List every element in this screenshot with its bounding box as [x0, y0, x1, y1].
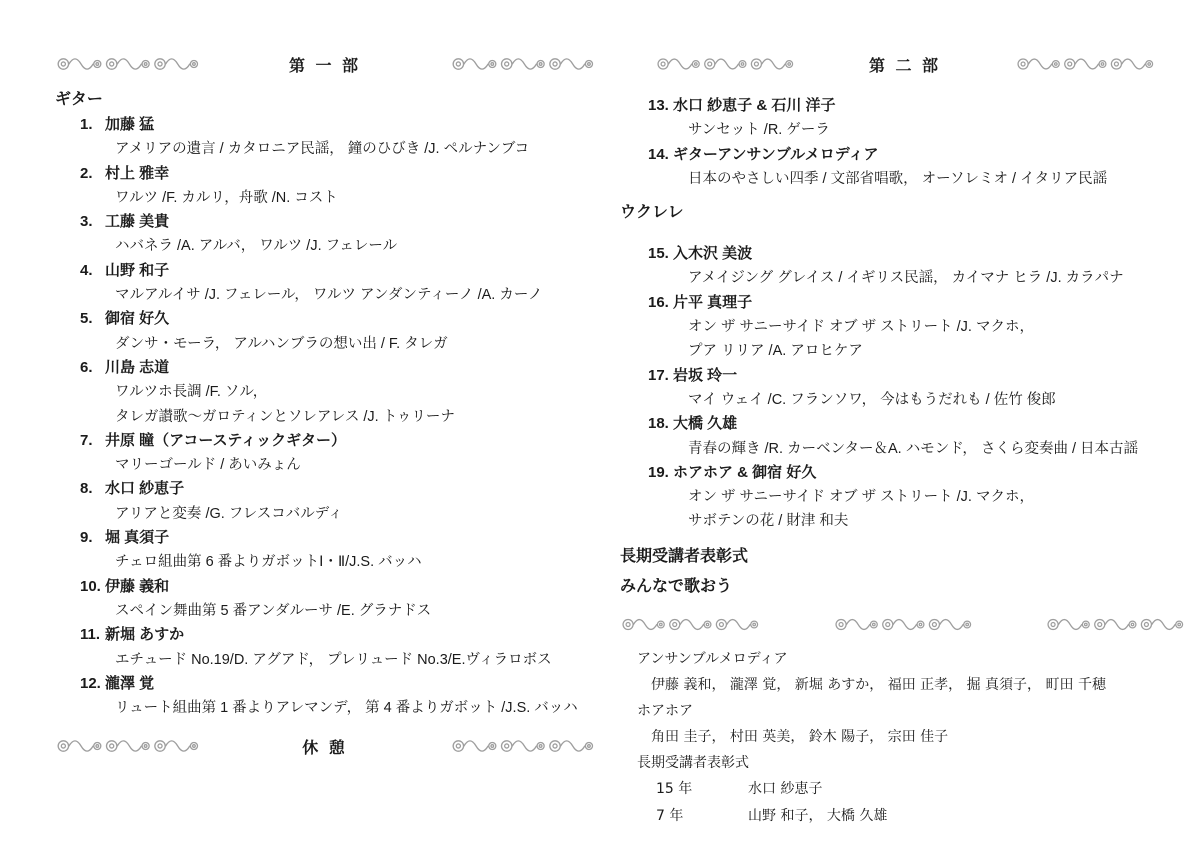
performance-item: 18.大橋 久雄青春の輝き /R. カーベンター＆A. ハモンド， さくら変奏曲… — [620, 412, 1185, 461]
performer-name: 井原 瞳（アコースティックギター） — [105, 432, 346, 449]
performer-name: 堀 真須子 — [105, 529, 169, 546]
award-row: 15 年水口 紗恵子 — [620, 776, 1185, 803]
performance-number: 3. — [80, 210, 105, 234]
song-line: タレガ讃歌～ガロティンとソレアレス /J. トゥリーナ — [55, 405, 595, 429]
section-heading-guitar: ギター — [55, 87, 595, 113]
performance-item: 10.伊藤 義和スペイン舞曲第 5 番アンダルーサ /E. グラナドス — [55, 575, 595, 624]
performance-number: 5. — [80, 307, 105, 331]
section-heading-ukulele: ウクレレ — [620, 200, 1185, 226]
performer-name: 山野 和子 — [105, 262, 169, 279]
performer-name-row: 8.水口 紗恵子 — [55, 477, 595, 501]
ensemble-members: 伊藤 義和， 瀧澤 覚， 新堀 あすか， 福田 正孝， 掘 真須子， 町田 千穂 — [620, 672, 1185, 698]
ensemble-name: アンサンブルメロディア — [620, 646, 1185, 672]
song-line: オン ザ サニーサイド オブ ザ ストリート /J. マクホ， — [620, 315, 1185, 339]
song-line: ダンサ・モーラ， アルハンブラの想い出 / F. タレガ — [55, 332, 595, 356]
intermission-title: 休 憩 — [298, 735, 351, 758]
finale-section: アンサンブルメロディア伊藤 義和， 瀧澤 覚， 新堀 あすか， 福田 正孝， 掘… — [620, 646, 1185, 830]
performance-number: 15. — [648, 242, 673, 266]
performance-number: 11. — [80, 623, 105, 647]
performer-name-row: 5.御宿 好久 — [55, 307, 595, 331]
performer-name-row: 15.入木沢 美波 — [620, 242, 1185, 266]
award-list-heading: 長期受講者表彰式 — [620, 750, 1185, 776]
song-line: エチュード No.19/D. アグアド， プレリュード No.3/E.ヴィラロボ… — [55, 648, 595, 672]
ensemble-member-list: アンサンブルメロディア伊藤 義和， 瀧澤 覚， 新堀 あすか， 福田 正孝， 掘… — [620, 646, 1185, 750]
performance-item: 6.川島 志道ワルツホ長調 /F. ソル，タレガ讃歌～ガロティンとソレアレス /… — [55, 356, 595, 429]
performance-item: 7.井原 瞳（アコースティックギター）マリーゴールド / あいみょん — [55, 429, 595, 478]
performance-number: 2. — [80, 162, 105, 186]
song-line: アメイジング グレイス / イギリス民謡， カイマナ ヒラ /J. カラパナ — [620, 266, 1185, 290]
ensemble-name: ホアホア — [620, 698, 1185, 724]
performer-name-row: 11.新堀 あすか — [55, 623, 595, 647]
performance-item: 19.ホアホア & 御宿 好久オン ザ サニーサイド オブ ザ ストリート /J… — [620, 461, 1185, 534]
song-line: マリーゴールド / あいみょん — [55, 453, 595, 477]
song-line: サンセット /R. ゲーラ — [620, 118, 1185, 142]
performer-name: 岩坂 玲一 — [673, 367, 737, 384]
scroll-ornament-icon — [55, 55, 200, 73]
performance-number: 8. — [80, 477, 105, 501]
scroll-ornament-icon — [450, 737, 595, 755]
performer-name-row: 14.ギターアンサンブルメロディア — [620, 143, 1185, 167]
performance-number: 19. — [648, 461, 673, 485]
performer-name: 水口 紗恵子 — [105, 480, 184, 497]
scroll-ornament-icon — [1045, 616, 1185, 633]
part2-title: 第 二 部 — [865, 53, 945, 76]
performance-number: 9. — [80, 526, 105, 550]
performer-name: 工藤 美貴 — [105, 213, 169, 230]
performer-name-row: 2.村上 雅幸 — [55, 162, 595, 186]
performance-number: 10. — [80, 575, 105, 599]
performer-name: 御宿 好久 — [105, 310, 169, 327]
song-line: 日本のやさしい四季 / 文部省唱歌， オーソレミオ / イタリア民謡 — [620, 167, 1185, 191]
song-line: スペイン舞曲第 5 番アンダルーサ /E. グラナドス — [55, 599, 595, 623]
performer-name-row: 7.井原 瞳（アコースティックギター） — [55, 429, 595, 453]
performer-name: 瀧澤 覚 — [105, 675, 154, 692]
performer-name: 新堀 あすか — [105, 626, 184, 643]
award-names: 山野 和子， 大橋 久雄 — [748, 803, 887, 830]
part2-ukulele-list: 15.入木沢 美波アメイジング グレイス / イギリス民謡， カイマナ ヒラ /… — [620, 242, 1185, 534]
part2-guitar-list: 13.水口 紗恵子 & 石川 洋子サンセット /R. ゲーラ14.ギターアンサン… — [620, 94, 1185, 191]
intermission-row: 休 憩 — [55, 732, 595, 760]
performer-name: 片平 真理子 — [673, 294, 752, 311]
performance-number: 4. — [80, 259, 105, 283]
performance-number: 7. — [80, 429, 105, 453]
performance-item: 3.工藤 美貴ハバネラ /A. アルバ， ワルツ /J. フェレール — [55, 210, 595, 259]
song-line: マルアルイサ /J. フェレール， ワルツ アンダンティーノ /A. カーノ — [55, 283, 595, 307]
award-ceremony-heading: 長期受講者表彰式 — [620, 542, 1185, 572]
part1-column: 第 一 部 ギター 1.加藤 猛アメリアの遺言 / カタロニア民謡， 鐘のひびき… — [55, 50, 595, 760]
part1-title: 第 一 部 — [285, 53, 365, 76]
song-line: アメリアの遺言 / カタロニア民謡， 鐘のひびき /J. ペルナンブコ — [55, 137, 595, 161]
performance-item: 15.入木沢 美波アメイジング グレイス / イギリス民謡， カイマナ ヒラ /… — [620, 242, 1185, 291]
performer-name-row: 12.瀧澤 覚 — [55, 672, 595, 696]
scroll-ornament-icon — [620, 616, 760, 633]
performer-name-row: 18.大橋 久雄 — [620, 412, 1185, 436]
performance-item: 8.水口 紗恵子アリアと変奏 /G. フレスコバルディ — [55, 477, 595, 526]
performance-number: 13. — [648, 94, 673, 118]
singalong-heading: みんなで歌おう — [620, 572, 1185, 602]
award-row: 7 年山野 和子， 大橋 久雄 — [620, 803, 1185, 830]
performance-item: 17.岩坂 玲一マイ ウェイ /C. フランソワ， 今はもうだれも / 佐竹 俊… — [620, 364, 1185, 413]
performer-name: 水口 紗恵子 & 石川 洋子 — [673, 97, 836, 114]
performer-name-row: 4.山野 和子 — [55, 259, 595, 283]
award-rows: 15 年水口 紗恵子7 年山野 和子， 大橋 久雄 — [620, 776, 1185, 830]
award-names: 水口 紗恵子 — [748, 776, 822, 803]
concert-program-page: 第 一 部 ギター 1.加藤 猛アメリアの遺言 / カタロニア民謡， 鐘のひびき… — [0, 0, 1200, 853]
performance-number: 12. — [80, 672, 105, 696]
ornament-divider-row — [620, 614, 1185, 636]
scroll-ornament-icon — [655, 55, 795, 73]
performer-name: ホアホア & 御宿 好久 — [673, 464, 816, 481]
performer-name-row: 3.工藤 美貴 — [55, 210, 595, 234]
performance-number: 1. — [80, 113, 105, 137]
performance-number: 18. — [648, 412, 673, 436]
part1-header: 第 一 部 — [55, 50, 595, 78]
part2-column: 第 二 部 13.水口 紗恵子 & 石川 洋子サンセット /R. ゲーラ14.ギ… — [620, 50, 1185, 830]
performer-name-row: 19.ホアホア & 御宿 好久 — [620, 461, 1185, 485]
award-years: 15 年 — [656, 776, 748, 803]
performer-name: ギターアンサンブルメロディア — [673, 146, 879, 163]
performance-number: 17. — [648, 364, 673, 388]
performance-item: 9.堀 真須子チェロ組曲第 6 番よりガボットⅠ・Ⅱ/J.S. バッハ — [55, 526, 595, 575]
scroll-ornament-icon — [55, 737, 200, 755]
song-line: サボテンの花 / 財津 和夫 — [620, 509, 1185, 533]
performer-name: 加藤 猛 — [105, 116, 154, 133]
song-line: ハバネラ /A. アルバ， ワルツ /J. フェレール — [55, 234, 595, 258]
performer-name-row: 9.堀 真須子 — [55, 526, 595, 550]
performer-name: 川島 志道 — [105, 359, 169, 376]
performer-name: 大橋 久雄 — [673, 415, 737, 432]
scroll-ornament-icon — [1015, 55, 1155, 73]
song-line: マイ ウェイ /C. フランソワ， 今はもうだれも / 佐竹 俊郎 — [620, 388, 1185, 412]
performer-name-row: 16.片平 真理子 — [620, 291, 1185, 315]
performer-name: 入木沢 美波 — [673, 245, 752, 262]
performance-item: 11.新堀 あすかエチュード No.19/D. アグアド， プレリュード No.… — [55, 623, 595, 672]
performance-item: 13.水口 紗恵子 & 石川 洋子サンセット /R. ゲーラ — [620, 94, 1185, 143]
performance-number: 16. — [648, 291, 673, 315]
ensemble-members: 角田 圭子， 村田 英美， 鈴木 陽子， 宗田 佳子 — [620, 724, 1185, 750]
performance-number: 6. — [80, 356, 105, 380]
performance-item: 14.ギターアンサンブルメロディア日本のやさしい四季 / 文部省唱歌， オーソレ… — [620, 143, 1185, 192]
performer-name-row: 17.岩坂 玲一 — [620, 364, 1185, 388]
performer-name-row: 1.加藤 猛 — [55, 113, 595, 137]
performer-name-row: 13.水口 紗恵子 & 石川 洋子 — [620, 94, 1185, 118]
song-line: ワルツ /F. カルリ，舟歌 /N. コスト — [55, 186, 595, 210]
song-line: チェロ組曲第 6 番よりガボットⅠ・Ⅱ/J.S. バッハ — [55, 550, 595, 574]
performance-item: 2.村上 雅幸ワルツ /F. カルリ，舟歌 /N. コスト — [55, 162, 595, 211]
scroll-ornament-icon — [450, 55, 595, 73]
song-line: アリアと変奏 /G. フレスコバルディ — [55, 502, 595, 526]
performer-name-row: 10.伊藤 義和 — [55, 575, 595, 599]
performance-item: 4.山野 和子マルアルイサ /J. フェレール， ワルツ アンダンティーノ /A… — [55, 259, 595, 308]
song-line: リュート組曲第 1 番よりアレマンデ， 第 4 番よりガボット /J.S. バッ… — [55, 696, 595, 720]
performer-name-row: 6.川島 志道 — [55, 356, 595, 380]
performer-name: 村上 雅幸 — [105, 165, 169, 182]
award-years: 7 年 — [656, 803, 748, 830]
scroll-ornament-icon — [833, 616, 973, 633]
performance-number: 14. — [648, 143, 673, 167]
performer-name: 伊藤 義和 — [105, 578, 169, 595]
song-line: ワルツホ長調 /F. ソル， — [55, 380, 595, 404]
part1-performance-list: 1.加藤 猛アメリアの遺言 / カタロニア民謡， 鐘のひびき /J. ペルナンブ… — [55, 113, 595, 720]
part2-header: 第 二 部 — [620, 50, 1185, 78]
performance-item: 12.瀧澤 覚リュート組曲第 1 番よりアレマンデ， 第 4 番よりガボット /… — [55, 672, 595, 721]
performance-item: 16.片平 真理子オン ザ サニーサイド オブ ザ ストリート /J. マクホ，… — [620, 291, 1185, 364]
song-line: オン ザ サニーサイド オブ ザ ストリート /J. マクホ， — [620, 485, 1185, 509]
song-line: 青春の輝き /R. カーベンター＆A. ハモンド， さくら変奏曲 / 日本古謡 — [620, 437, 1185, 461]
performance-item: 1.加藤 猛アメリアの遺言 / カタロニア民謡， 鐘のひびき /J. ペルナンブ… — [55, 113, 595, 162]
song-line: プア リリア /A. アロヒケア — [620, 339, 1185, 363]
performance-item: 5.御宿 好久ダンサ・モーラ， アルハンブラの想い出 / F. タレガ — [55, 307, 595, 356]
